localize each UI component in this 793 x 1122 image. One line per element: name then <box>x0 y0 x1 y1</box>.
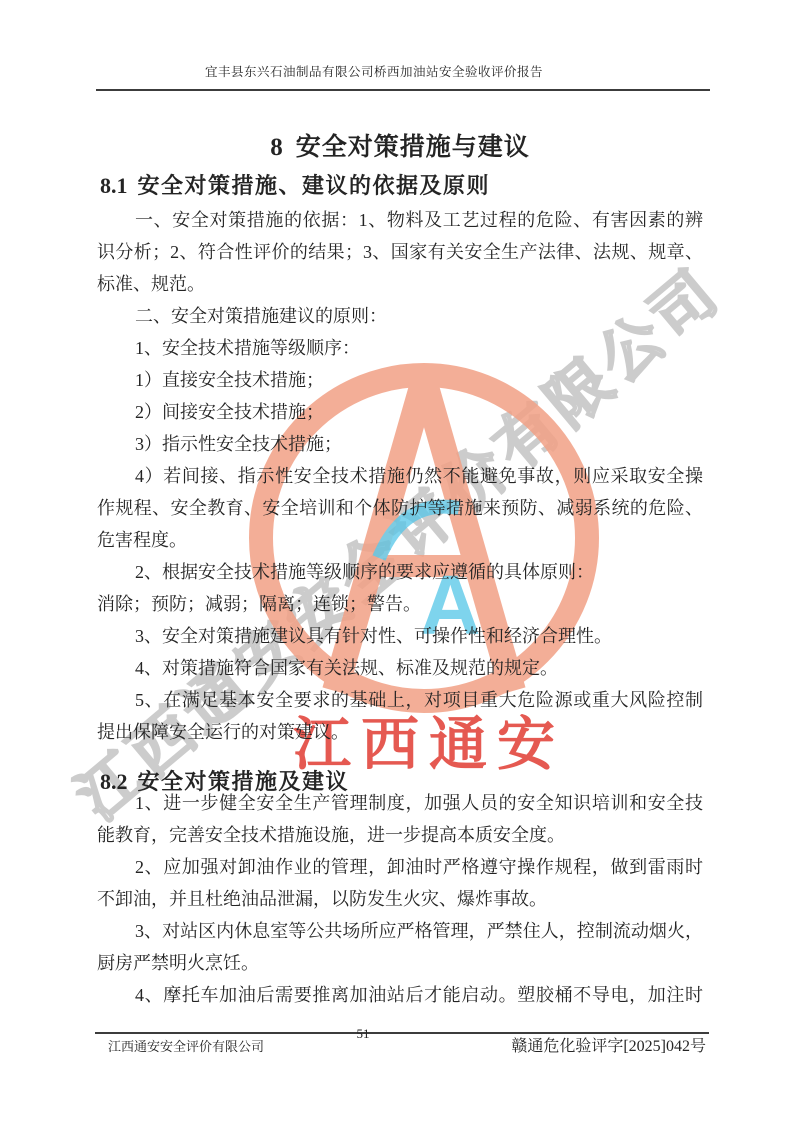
page-number: 51 <box>347 1026 379 1042</box>
text-line: 提出保障安全运行的对策建议。 <box>97 716 703 748</box>
chapter-title: 8安全对策措施与建议 <box>97 127 703 163</box>
section-heading-8-1: 8.1安全对策措施、建议的依据及原则 <box>100 169 490 200</box>
header-rule <box>96 89 710 91</box>
text-line: 2、根据安全技术措施等级顺序的要求应遵循的具体原则： <box>97 556 703 588</box>
text-line: 1、安全技术措施等级顺序： <box>97 332 703 364</box>
text-line: 4）若间接、指示性安全技术措施仍然不能避免事故，则应采取安全操 <box>97 460 703 492</box>
footer-company: 江西通安安全评价有限公司 <box>108 1039 264 1055</box>
section-body-8-2: 1、进一步健全安全生产管理制度，加强人员的安全知识培训和安全技能教育，完善安全技… <box>97 787 703 1011</box>
document-content: 宜丰县东兴石油制品有限公司桥西加油站安全验收评价报告 8安全对策措施与建议 8.… <box>0 0 793 1122</box>
text-line: 标准、规范。 <box>97 268 703 300</box>
text-line: 2）间接安全技术措施； <box>97 396 703 428</box>
text-line: 消除；预防；减弱；隔离；连锁；警告。 <box>97 588 703 620</box>
section-heading-text: 安全对策措施、建议的依据及原则 <box>138 173 491 198</box>
report-page: 江西通安安全评价有限公司 A 江西通安 宜丰县东兴石油制品有限公司桥西加油站安全… <box>0 0 793 1122</box>
text-line: 3、安全对策措施建议具有针对性、可操作性和经济合理性。 <box>97 620 703 652</box>
page-header-title: 宜丰县东兴石油制品有限公司桥西加油站安全验收评价报告 <box>205 64 543 81</box>
text-line: 二、安全对策措施建议的原则： <box>97 300 703 332</box>
text-line: 3、对站区内休息室等公共场所应严格管理，严禁住人，控制流动烟火， <box>97 915 703 947</box>
footer-doc-number: 赣通危化验评字[2025]042号 <box>511 1038 706 1056</box>
section-body-8-1: 一、安全对策措施的依据：1、物料及工艺过程的危险、有害因素的辨识分析；2、符合性… <box>97 204 703 748</box>
section-number: 8.1 <box>100 173 128 198</box>
text-line: 1）直接安全技术措施； <box>97 364 703 396</box>
chapter-title-text: 安全对策措施与建议 <box>296 134 530 161</box>
text-line: 危害程度。 <box>97 524 703 556</box>
text-line: 4、对策措施符合国家有关法规、标准及规范的规定。 <box>97 652 703 684</box>
text-line: 1、进一步健全安全生产管理制度，加强人员的安全知识培训和安全技 <box>97 787 703 819</box>
text-line: 厨房严禁明火烹饪。 <box>97 947 703 979</box>
text-line: 识分析；2、符合性评价的结果；3、国家有关安全生产法律、法规、规章、 <box>97 236 703 268</box>
text-line: 5、在满足基本安全要求的基础上，对项目重大危险源或重大风险控制 <box>97 684 703 716</box>
chapter-number: 8 <box>270 134 284 161</box>
text-line: 3）指示性安全技术措施； <box>97 428 703 460</box>
text-line: 2、应加强对卸油作业的管理，卸油时严格遵守操作规程，做到雷雨时 <box>97 851 703 883</box>
text-line: 4、摩托车加油后需要推离加油站后才能启动。塑胶桶不导电，加注时 <box>97 979 703 1011</box>
footer-rule <box>95 1032 709 1034</box>
text-line: 作规程、安全教育、安全培训和个体防护等措施来预防、减弱系统的危险、 <box>97 492 703 524</box>
text-line: 能教育，完善安全技术措施设施，进一步提高本质安全度。 <box>97 819 703 851</box>
text-line: 一、安全对策措施的依据：1、物料及工艺过程的危险、有害因素的辨 <box>97 204 703 236</box>
text-line: 不卸油，并且杜绝油品泄漏，以防发生火灾、爆炸事故。 <box>97 883 703 915</box>
